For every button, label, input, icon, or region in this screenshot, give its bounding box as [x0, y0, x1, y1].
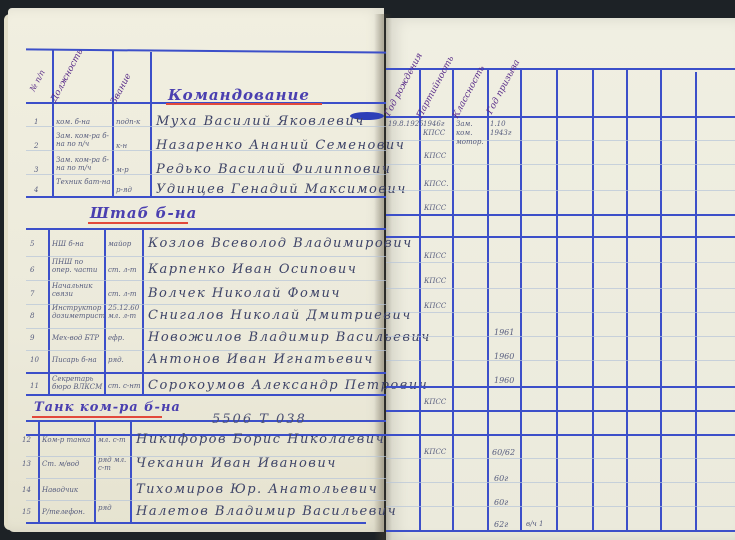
party-cell: КПСС	[424, 152, 446, 160]
party-cell: КПСС	[424, 277, 446, 285]
section-title-command: Командование	[168, 86, 310, 104]
section-title-tank: Танк ком-ра б-на	[34, 400, 181, 415]
tank-code: 5506 Т 038	[212, 412, 307, 427]
draft-cell: 60г	[494, 474, 508, 483]
extra-cell: в/ч 1	[526, 520, 543, 528]
draft-cell: 60/62	[492, 448, 515, 457]
party-cell: 1946г КПСС	[423, 120, 451, 138]
party-cell: КПСС.	[424, 180, 448, 188]
party-cell: КПСС	[424, 302, 446, 310]
notebook-spine	[374, 14, 392, 540]
class-cell: Зам. ком. мотор.	[456, 120, 486, 147]
party-cell: КПСС	[424, 448, 446, 456]
party-cell: КПСС	[424, 204, 446, 212]
party-cell: КПСС	[424, 252, 446, 260]
section-title-staff: Штаб б-на	[90, 204, 197, 222]
draft-cell: 1960	[494, 352, 514, 361]
draft-cell: 60г	[494, 498, 508, 507]
draft-cell: 1961	[494, 328, 514, 337]
birth-cell: 19.8.1925	[388, 120, 418, 129]
draft-cell: 1960	[494, 376, 514, 385]
party-cell: КПСС	[424, 398, 446, 406]
draft-cell: 1.10 1943г	[490, 120, 518, 138]
draft-cell: 62г	[494, 520, 508, 529]
